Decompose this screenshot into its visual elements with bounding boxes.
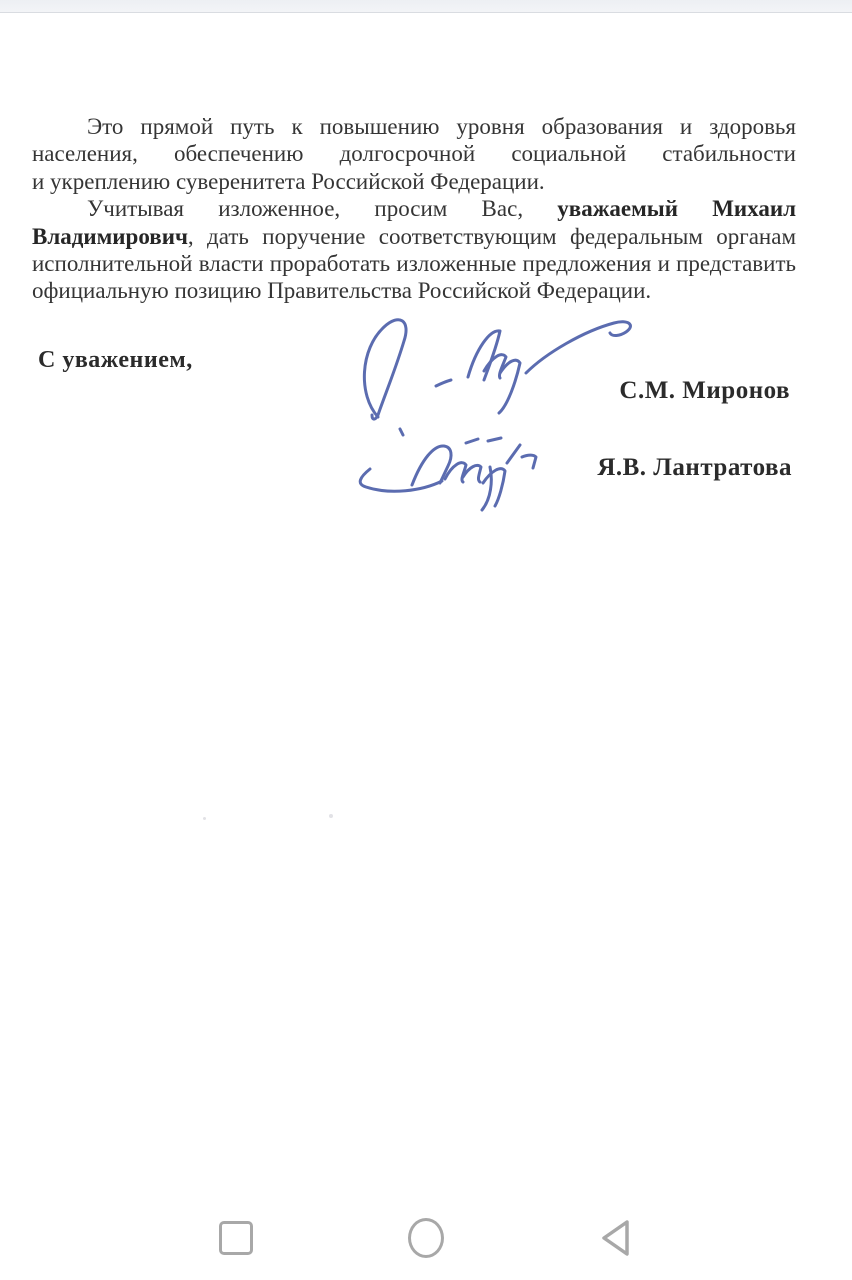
paragraph-line: Это прямой путь к повышению уровня образ…	[32, 113, 796, 140]
back-button[interactable]	[594, 1216, 638, 1260]
status-bar	[0, 0, 852, 13]
lantratova-signature	[350, 421, 590, 516]
phone-screen: { "status_bar": {}, "document": { "parag…	[0, 0, 852, 1280]
scan-artifact-speck	[329, 814, 333, 818]
closing-salutation: С уважением,	[38, 347, 193, 374]
letter-body: Это прямой путь к повышению уровня образ…	[32, 113, 796, 305]
scan-artifact-speck	[203, 817, 206, 820]
paragraph-line: и укреплению суверенитета Российской Фед…	[32, 168, 796, 195]
text-segment-bold: уважаемый Михаил	[557, 196, 796, 221]
paragraph-line: Учитывая изложенное, просим Вас, уважаем…	[32, 195, 796, 222]
document-page: Это прямой путь к повышению уровня образ…	[0, 13, 852, 1193]
paragraph-line: официальную позицию Правительства Россий…	[32, 277, 796, 304]
text-segment: , дать поручение соответствующим федерал…	[188, 224, 796, 249]
paragraph-line: исполнительной власти проработать изложе…	[32, 250, 796, 277]
recents-button[interactable]	[214, 1216, 258, 1260]
back-triangle-icon	[596, 1216, 636, 1260]
paragraph-1: Это прямой путь к повышению уровня образ…	[32, 113, 796, 195]
signatory-name-lantratova: Я.В. Лантратова	[560, 454, 792, 482]
home-button[interactable]	[404, 1216, 448, 1260]
text-segment: Учитывая изложенное, просим Вас,	[87, 196, 557, 221]
paragraph-2: Учитывая изложенное, просим Вас, уважаем…	[32, 195, 796, 305]
paragraph-line: Владимирович, дать поручение соответству…	[32, 223, 796, 250]
android-navigation-bar	[0, 1195, 852, 1280]
signatory-name-mironov: С.М. Миронов	[558, 377, 790, 405]
signature-ink-icon	[350, 421, 590, 516]
paragraph-line: населения, обеспечению долгосрочной соци…	[32, 140, 796, 167]
recents-square-icon	[219, 1221, 253, 1255]
text-segment-bold: Владимирович	[32, 224, 188, 249]
home-circle-icon	[408, 1218, 444, 1258]
